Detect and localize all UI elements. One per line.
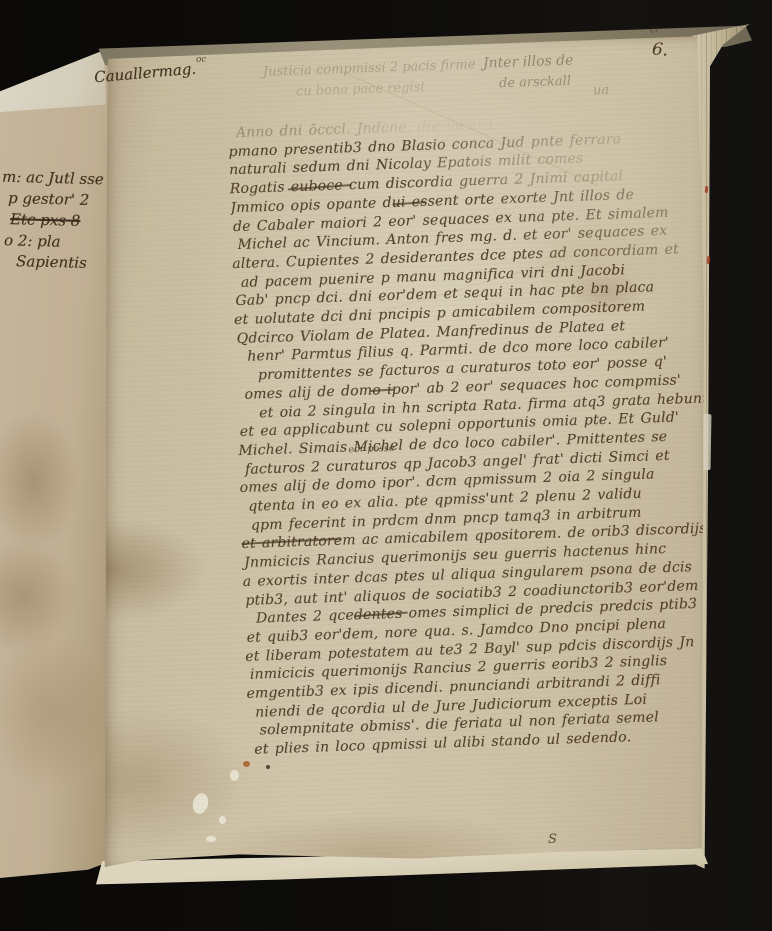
strike-mark <box>354 612 408 617</box>
prev-page-notes-layer: m: ac Jutl ssep gestor' 2Etc pxs 8o 2: p… <box>0 50 110 878</box>
text-line: henr' Parmtus filius q. Parmti. de dco m… <box>247 336 669 364</box>
text-line: promittentes se facturos a curaturos tot… <box>258 355 668 383</box>
paper-repair-patch <box>206 836 216 842</box>
text-line: inmicicis querimonijs Rancius 2 guerris … <box>250 654 668 682</box>
prev-page-note: m: ac Jutl sse <box>2 169 104 188</box>
text-line: emgentib3 ex ipis dicendi. pnunciandi ar… <box>246 673 661 701</box>
faded-header-note: de arsckall <box>499 75 571 91</box>
text-line: Jmmico opis opante dui essent orte exort… <box>230 188 634 215</box>
faded-header-note: ua <box>593 84 610 98</box>
text-line: omes alij de domo ipor'. dcm qpmissum 2 … <box>239 468 654 496</box>
stain-speck <box>266 765 270 769</box>
text-line: Gab' pncp dci. dni eor'dem et sequi in h… <box>235 281 654 309</box>
text-line: et liberam potestatem au te3 2 Bayl' sup… <box>245 635 695 664</box>
corner-foliation-mark: cı <box>649 25 659 36</box>
strike-mark <box>288 184 352 190</box>
text-line: et plies in loco qpmissi ul alibi stando… <box>254 730 631 756</box>
text-line: ptib3, aut int' aliquos de sociatib3 2 c… <box>245 578 698 607</box>
text-line: de Cabaler maiori 2 eor' sequaces ex una… <box>233 205 669 233</box>
text-line: omes alij de domo ipor' ab 2 eor' sequac… <box>244 373 681 401</box>
interlinear-note: eor posse <box>348 444 394 455</box>
text-line: a exortis inter dcas ptes ul aliqua sing… <box>242 560 692 589</box>
strike-mark <box>370 388 394 391</box>
text-line: solempnitate obmiss'. die feriata ul non… <box>259 711 659 738</box>
prev-page-note: p gestor' 2 <box>8 190 90 209</box>
red-edge-mark <box>707 256 711 264</box>
text-line: qpm fecerint in prdcm dnm pncp tamq3 in … <box>251 505 642 532</box>
manuscript-photo: m: ac Jutl ssep gestor' 2Etc pxs 8o 2: p… <box>0 0 772 931</box>
fold-scratch <box>256 253 583 348</box>
paper-repair-patch <box>219 816 226 824</box>
text-line: Michel. Simais Michel de dco loco cabile… <box>238 430 667 458</box>
folio-number: 6. <box>651 41 669 59</box>
main-page: Anno dni ŏcccl. Jndcne. die mcurijpmano … <box>100 32 708 872</box>
text-line: et arbitratorem ac amicabilem qpositorem… <box>241 522 706 551</box>
ink-layer: Anno dni ŏcccl. Jndcne. die mcurijpmano … <box>0 0 772 931</box>
text-line: facturos 2 curaturos qp Jacob3 angel' fr… <box>245 448 670 476</box>
quire-signature-mark: S <box>548 833 557 846</box>
strike-mark <box>392 201 426 205</box>
text-line: Qdcirco Violam de Platea. Manfredinus de… <box>236 319 625 346</box>
paper-repair-patch <box>191 791 211 815</box>
faded-header-note: Jnter illos de <box>483 53 574 70</box>
text-line: et uolutate dci dni pncipis p amicabilem… <box>234 300 646 328</box>
text-line: qtenta in eo ex alia. pte qpmiss'unt 2 p… <box>248 487 642 514</box>
text-line: Rogatis euboce cum discordia guerra 2 Jn… <box>229 169 623 196</box>
text-line: et oia 2 singula in hn scripta Rata. fir… <box>259 391 708 420</box>
text-line: et quib3 eor'dem, nore qua. s. Jamdco Dn… <box>246 617 666 645</box>
prev-page-note: Sapientis <box>16 253 87 271</box>
text-line: ad pacem puenire p manu magnifica viri d… <box>241 263 626 290</box>
prev-page-note: Etc pxs 8 <box>10 211 81 229</box>
strike-mark <box>241 538 341 545</box>
text-line: niendi de qcordia ul de Jure Judiciorum … <box>255 692 647 719</box>
text-line: Michel ac Vincium. Anton fres mg. d. et … <box>237 224 667 252</box>
red-edge-mark <box>705 186 708 193</box>
text-lines-layer: Anno dni ŏcccl. Jndcne. die mcurijpmano … <box>0 0 772 931</box>
text-line: Dantes 2 qcedentes omes simplici de pred… <box>256 597 698 626</box>
margin-inscription-superscript: oc <box>196 56 206 65</box>
paper-repair-patch <box>230 770 239 781</box>
text-line: Jnmicicis Rancius querimonijs seu guerri… <box>244 542 667 570</box>
text-line: et ea applicabunt cu solepni opportunis … <box>240 411 680 440</box>
stain-speck <box>243 761 250 767</box>
text-line: pmano presentib3 dno Blasio conca Jud pn… <box>228 132 621 159</box>
prev-page-edge: m: ac Jutl ssep gestor' 2Etc pxs 8o 2: p… <box>0 50 110 878</box>
prev-page-note: o 2: pla <box>4 232 61 250</box>
text-line: altera. Cupientes 2 desiderantes dce pte… <box>232 242 679 271</box>
